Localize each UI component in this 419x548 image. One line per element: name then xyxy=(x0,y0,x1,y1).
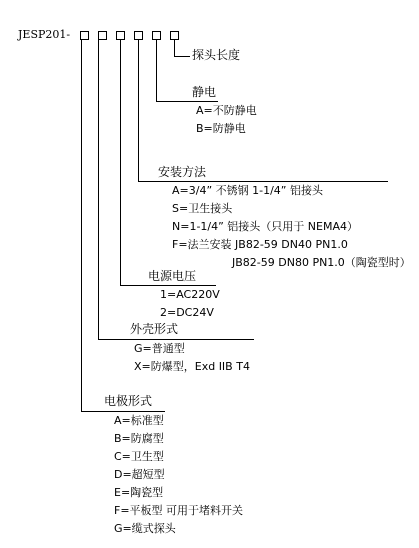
option-electrode-a: A=标准型 xyxy=(114,414,164,427)
connector-line xyxy=(98,40,99,340)
connector-line xyxy=(120,40,121,286)
section-title-probe-length: 探头长度 xyxy=(192,49,240,62)
option-installation-a: A=3/4” 不锈钢 1-1/4” 铝接头 xyxy=(172,184,323,197)
option-housing-g: G=普通型 xyxy=(134,342,185,355)
slot-box-housing xyxy=(98,31,107,40)
section-title-housing: 外壳形式 xyxy=(130,323,178,336)
option-static-b: B=防静电 xyxy=(196,122,246,135)
connector-line xyxy=(81,411,165,412)
section-title-static: 静电 xyxy=(192,86,216,99)
option-electrode-c: C=卫生型 xyxy=(114,450,164,463)
option-installation-n: N=1-1/4” 铝接头（只用于 NEMA4） xyxy=(172,220,358,233)
slot-box-electrode xyxy=(80,31,89,40)
option-electrode-f: F=平板型 可用于堵料开关 xyxy=(114,504,243,517)
option-housing-x: X=防爆型，Exd IIB T4 xyxy=(134,360,250,373)
option-power-2: 2=DC24V xyxy=(160,306,214,319)
connector-line xyxy=(98,339,254,340)
connector-line xyxy=(138,40,139,182)
option-power-1: 1=AC220V xyxy=(160,288,220,301)
connector-line xyxy=(156,101,218,102)
section-title-power: 电源电压 xyxy=(148,270,196,283)
slot-box-installation xyxy=(134,31,143,40)
option-static-a: A=不防静电 xyxy=(196,104,257,117)
option-electrode-e: E=陶瓷型 xyxy=(114,486,163,499)
connector-line xyxy=(174,56,190,57)
option-electrode-d: D=超短型 xyxy=(114,468,165,481)
option-installation-s: S=卫生接头 xyxy=(172,202,232,215)
connector-line xyxy=(120,285,216,286)
connector-line xyxy=(138,181,388,182)
connector-line xyxy=(81,40,82,412)
model-code: JESP201- xyxy=(18,28,70,41)
option-installation-f2: JB82-59 DN80 PN1.0（陶瓷型时） xyxy=(232,256,411,269)
connector-line xyxy=(174,40,175,57)
section-title-electrode: 电极形式 xyxy=(104,395,152,408)
slot-box-power xyxy=(116,31,125,40)
section-title-installation: 安装方法 xyxy=(158,166,206,179)
option-installation-f: F=法兰安装 JB82-59 DN40 PN1.0 xyxy=(172,238,348,251)
slot-box-static xyxy=(152,31,161,40)
option-electrode-b: B=防腐型 xyxy=(114,432,164,445)
option-electrode-g: G=缆式探头 xyxy=(114,522,176,535)
slot-box-probe-length xyxy=(170,31,179,40)
connector-line xyxy=(156,40,157,102)
